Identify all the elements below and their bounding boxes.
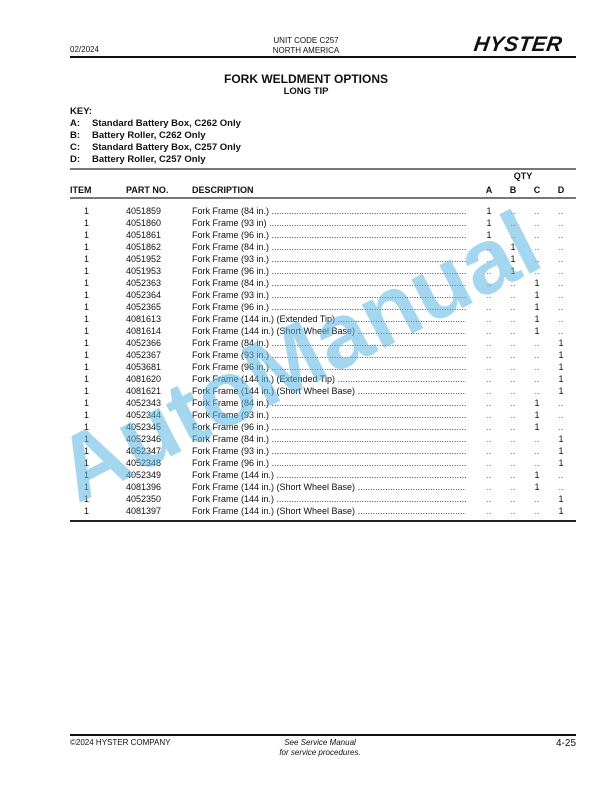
part-number-cell: 4052345 [126, 421, 161, 433]
description-cell: Fork Frame (93 in.) [192, 289, 466, 301]
part-number-cell: 4081396 [126, 481, 161, 493]
page-number: 4-25 [540, 738, 576, 749]
table-row: 14081397Fork Frame (144 in.) (Short Whee… [70, 505, 576, 517]
footer-note-line1: See Service Manual [240, 738, 400, 748]
item-cell: 1 [84, 289, 89, 301]
qty-a-cell: .. [482, 445, 496, 457]
qty-b-cell: .. [506, 217, 520, 229]
description-cell: Fork Frame (93 in.) [192, 409, 466, 421]
qty-b-cell: .. [506, 313, 520, 325]
qty-b-cell: .. [506, 385, 520, 397]
item-cell: 1 [84, 313, 89, 325]
qty-d-cell: .. [554, 421, 568, 433]
part-number-cell: 4051859 [126, 205, 161, 217]
header-date: 02/2024 [70, 45, 99, 54]
col-b: B [506, 185, 520, 195]
description-cell: Fork Frame (93 in.) [192, 445, 466, 457]
table-row: 14052344Fork Frame (93 in.)....1.. [70, 409, 576, 421]
key-item: A:Standard Battery Box, C262 Only [70, 118, 241, 130]
key-legend: KEY: A:Standard Battery Box, C262 OnlyB:… [70, 106, 241, 166]
table-row: 14052365Fork Frame (96 in.)....1.. [70, 301, 576, 313]
item-cell: 1 [84, 397, 89, 409]
item-cell: 1 [84, 241, 89, 253]
item-cell: 1 [84, 277, 89, 289]
item-cell: 1 [84, 205, 89, 217]
table-row: 14081621Fork Frame (144 in.) (Short Whee… [70, 385, 576, 397]
key-code: A: [70, 118, 92, 130]
part-number-cell: 4052367 [126, 349, 161, 361]
part-number-cell: 4052366 [126, 337, 161, 349]
description-cell: Fork Frame (144 in.) (Short Wheel Base) [192, 505, 466, 517]
item-cell: 1 [84, 217, 89, 229]
qty-d-cell: 1 [554, 457, 568, 469]
qty-b-cell: .. [506, 505, 520, 517]
part-number-cell: 4052348 [126, 457, 161, 469]
qty-b-cell: .. [506, 469, 520, 481]
part-number-cell: 4053681 [126, 361, 161, 373]
qty-c-cell: 1 [530, 481, 544, 493]
part-number-cell: 4052349 [126, 469, 161, 481]
qty-c-cell: .. [530, 433, 544, 445]
item-cell: 1 [84, 409, 89, 421]
table-row: 14081614Fork Frame (144 in.) (Short Whee… [70, 325, 576, 337]
item-cell: 1 [84, 361, 89, 373]
footer-note: See Service Manual for service procedure… [240, 738, 400, 758]
qty-a-cell: .. [482, 457, 496, 469]
item-cell: 1 [84, 253, 89, 265]
item-cell: 1 [84, 325, 89, 337]
part-number-cell: 4081613 [126, 313, 161, 325]
table-row: 14081613Fork Frame (144 in.) (Extended T… [70, 313, 576, 325]
qty-a-cell: .. [482, 301, 496, 313]
table-row: 14053681Fork Frame (96 in.)......1 [70, 361, 576, 373]
qty-c-cell: 1 [530, 325, 544, 337]
description-cell: Fork Frame (84 in.) [192, 241, 466, 253]
qty-c-cell: 1 [530, 289, 544, 301]
table-row: 14052345Fork Frame (96 in.)....1.. [70, 421, 576, 433]
qty-b-cell: .. [506, 325, 520, 337]
qty-c-cell: .. [530, 385, 544, 397]
qty-c-cell: .. [530, 349, 544, 361]
qty-d-cell: .. [554, 301, 568, 313]
qty-d-cell: 1 [554, 433, 568, 445]
unit-code: UNIT CODE C257 [200, 36, 412, 46]
item-cell: 1 [84, 265, 89, 277]
qty-a-cell: .. [482, 493, 496, 505]
description-cell: Fork Frame (96 in.) [192, 265, 466, 277]
table-row: 14051861Fork Frame (96 in.)1...... [70, 229, 576, 241]
qty-c-cell: .. [530, 217, 544, 229]
part-number-cell: 4051952 [126, 253, 161, 265]
qty-c-cell: 1 [530, 313, 544, 325]
qty-a-cell: .. [482, 397, 496, 409]
description-cell: Fork Frame (84 in.) [192, 277, 466, 289]
header-row-rule [70, 197, 576, 199]
qty-d-cell: .. [554, 217, 568, 229]
table-row: 14051952Fork Frame (93 in.)..1.... [70, 253, 576, 265]
qty-a-cell: .. [482, 349, 496, 361]
qty-d-cell: 1 [554, 385, 568, 397]
qty-d-cell: .. [554, 253, 568, 265]
qty-d-cell: .. [554, 277, 568, 289]
qty-d-cell: .. [554, 313, 568, 325]
item-cell: 1 [84, 421, 89, 433]
key-text: Standard Battery Box, C262 Only [92, 118, 241, 129]
item-cell: 1 [84, 373, 89, 385]
qty-a-cell: .. [482, 289, 496, 301]
table-row: 14052366Fork Frame (84 in.)......1 [70, 337, 576, 349]
table-row: 14052350Fork Frame (144 in.)......1 [70, 493, 576, 505]
item-cell: 1 [84, 457, 89, 469]
col-c: C [530, 185, 544, 195]
qty-d-cell: .. [554, 325, 568, 337]
qty-b-cell: 1 [506, 241, 520, 253]
description-cell: Fork Frame (93 in.) [192, 253, 466, 265]
page-subtitle: LONG TIP [0, 86, 612, 97]
col-part: PART NO. [126, 185, 168, 195]
description-cell: Fork Frame (144 in.) (Short Wheel Base) [192, 325, 466, 337]
qty-b-cell: .. [506, 337, 520, 349]
part-number-cell: 4081621 [126, 385, 161, 397]
qty-a-cell: .. [482, 409, 496, 421]
description-cell: Fork Frame (144 in.) (Extended Tip) [192, 373, 466, 385]
key-item: B:Battery Roller, C262 Only [70, 130, 241, 142]
key-text: Battery Roller, C257 Only [92, 154, 206, 165]
qty-c-cell: .. [530, 493, 544, 505]
table-row: 14052346Fork Frame (84 in.)......1 [70, 433, 576, 445]
part-number-cell: 4051953 [126, 265, 161, 277]
qty-c-cell: 1 [530, 277, 544, 289]
qty-d-cell: 1 [554, 373, 568, 385]
qty-a-cell: .. [482, 361, 496, 373]
key-label: KEY: [70, 106, 241, 118]
qty-c-cell: 1 [530, 301, 544, 313]
key-item: D:Battery Roller, C257 Only [70, 154, 241, 166]
table-row: 14051860Fork Frame (93 in)1...... [70, 217, 576, 229]
part-number-cell: 4052350 [126, 493, 161, 505]
qty-b-cell: 1 [506, 253, 520, 265]
table-row: 14051862Fork Frame (84 in.)..1.... [70, 241, 576, 253]
key-text: Battery Roller, C262 Only [92, 130, 206, 141]
qty-c-cell: 1 [530, 397, 544, 409]
qty-d-cell: 1 [554, 505, 568, 517]
qty-b-cell: .. [506, 373, 520, 385]
col-d: D [554, 185, 568, 195]
item-cell: 1 [84, 385, 89, 397]
qty-c-cell: .. [530, 337, 544, 349]
qty-c-cell: 1 [530, 409, 544, 421]
qty-a-cell: .. [482, 265, 496, 277]
qty-d-cell: .. [554, 409, 568, 421]
qty-d-cell: 1 [554, 361, 568, 373]
item-cell: 1 [84, 301, 89, 313]
qty-a-cell: .. [482, 325, 496, 337]
qty-b-cell: .. [506, 409, 520, 421]
qty-a-cell: 1 [482, 217, 496, 229]
qty-a-cell: .. [482, 373, 496, 385]
table-row: 14052367Fork Frame (93 in.)......1 [70, 349, 576, 361]
key-text: Standard Battery Box, C257 Only [92, 142, 241, 153]
item-cell: 1 [84, 469, 89, 481]
copyright: ©2024 HYSTER COMPANY [70, 738, 170, 747]
header-unit-info: UNIT CODE C257 NORTH AMERICA [200, 36, 412, 56]
page-title: FORK WELDMENT OPTIONS [0, 72, 612, 86]
part-number-cell: 4051860 [126, 217, 161, 229]
qty-d-cell: .. [554, 265, 568, 277]
table-bottom-rule [70, 520, 576, 522]
description-cell: Fork Frame (84 in.) [192, 205, 466, 217]
qty-a-cell: 1 [482, 205, 496, 217]
part-number-cell: 4052346 [126, 433, 161, 445]
qty-b-cell: .. [506, 397, 520, 409]
description-cell: Fork Frame (84 in.) [192, 337, 466, 349]
description-cell: Fork Frame (144 in.) (Short Wheel Base) [192, 481, 466, 493]
part-number-cell: 4081397 [126, 505, 161, 517]
qty-c-cell: .. [530, 445, 544, 457]
qty-d-cell: 1 [554, 337, 568, 349]
hyster-logo: HYSTER [472, 33, 564, 57]
qty-c-cell: 1 [530, 421, 544, 433]
part-number-cell: 4052363 [126, 277, 161, 289]
col-item: ITEM [70, 185, 92, 195]
part-number-cell: 4052343 [126, 397, 161, 409]
qty-d-cell: .. [554, 481, 568, 493]
description-cell: Fork Frame (93 in.) [192, 349, 466, 361]
qty-a-cell: .. [482, 505, 496, 517]
qty-b-cell: .. [506, 301, 520, 313]
description-cell: Fork Frame (144 in.) [192, 469, 466, 481]
part-number-cell: 4052347 [126, 445, 161, 457]
qty-b-cell: .. [506, 457, 520, 469]
qty-d-cell: 1 [554, 493, 568, 505]
table-row: 14052364Fork Frame (93 in.)....1.. [70, 289, 576, 301]
key-code: B: [70, 130, 92, 142]
qty-d-cell: .. [554, 397, 568, 409]
qty-c-cell: .. [530, 505, 544, 517]
qty-a-cell: .. [482, 433, 496, 445]
qty-b-cell: .. [506, 289, 520, 301]
description-cell: Fork Frame (96 in.) [192, 361, 466, 373]
qty-d-cell: .. [554, 469, 568, 481]
table-row: 14052347Fork Frame (93 in.)......1 [70, 445, 576, 457]
col-a: A [482, 185, 496, 195]
qty-a-cell: .. [482, 277, 496, 289]
table-row: 14051859Fork Frame (84 in.)1...... [70, 205, 576, 217]
qty-c-cell: .. [530, 457, 544, 469]
qty-a-cell: .. [482, 241, 496, 253]
table-row: 14081620Fork Frame (144 in.) (Extended T… [70, 373, 576, 385]
item-cell: 1 [84, 505, 89, 517]
item-cell: 1 [84, 481, 89, 493]
item-cell: 1 [84, 337, 89, 349]
qty-b-cell: .. [506, 277, 520, 289]
item-cell: 1 [84, 229, 89, 241]
qty-d-cell: .. [554, 205, 568, 217]
qty-d-cell: 1 [554, 445, 568, 457]
description-cell: Fork Frame (96 in.) [192, 421, 466, 433]
qty-a-cell: .. [482, 421, 496, 433]
qty-a-cell: .. [482, 337, 496, 349]
qty-a-cell: 1 [482, 229, 496, 241]
table-row: 14052363Fork Frame (84 in.)....1.. [70, 277, 576, 289]
qty-b-cell: .. [506, 433, 520, 445]
qty-c-cell: 1 [530, 469, 544, 481]
part-number-cell: 4081614 [126, 325, 161, 337]
description-cell: Fork Frame (144 in.) [192, 493, 466, 505]
qty-d-cell: 1 [554, 349, 568, 361]
table-row: 14052348Fork Frame (96 in.)......1 [70, 457, 576, 469]
description-cell: Fork Frame (144 in.) (Extended Tip) [192, 313, 466, 325]
description-cell: Fork Frame (144 in.) (Short Wheel Base) [192, 385, 466, 397]
footer-rule [70, 734, 576, 736]
qty-b-cell: .. [506, 445, 520, 457]
qty-a-cell: .. [482, 481, 496, 493]
qty-b-cell: .. [506, 421, 520, 433]
table-row: 14052349Fork Frame (144 in.)....1.. [70, 469, 576, 481]
qty-a-cell: .. [482, 469, 496, 481]
qty-d-cell: .. [554, 289, 568, 301]
qty-c-cell: .. [530, 373, 544, 385]
qty-b-cell: .. [506, 205, 520, 217]
key-code: C: [70, 142, 92, 154]
item-cell: 1 [84, 493, 89, 505]
item-cell: 1 [84, 445, 89, 457]
description-cell: Fork Frame (96 in.) [192, 457, 466, 469]
qty-c-cell: .. [530, 241, 544, 253]
key-item: C:Standard Battery Box, C257 Only [70, 142, 241, 154]
qty-c-cell: .. [530, 229, 544, 241]
part-number-cell: 4052365 [126, 301, 161, 313]
region: NORTH AMERICA [200, 46, 412, 56]
qty-c-cell: .. [530, 253, 544, 265]
description-cell: Fork Frame (96 in.) [192, 229, 466, 241]
part-number-cell: 4052344 [126, 409, 161, 421]
qty-a-cell: .. [482, 313, 496, 325]
qty-a-cell: .. [482, 385, 496, 397]
qty-b-cell: .. [506, 349, 520, 361]
parts-table: 14051859Fork Frame (84 in.)1......140518… [70, 205, 576, 517]
col-description: DESCRIPTION [192, 185, 254, 195]
qty-d-cell: .. [554, 229, 568, 241]
item-cell: 1 [84, 433, 89, 445]
qty-d-cell: .. [554, 241, 568, 253]
qty-b-cell: .. [506, 361, 520, 373]
qty-c-cell: .. [530, 205, 544, 217]
qty-b-cell: 1 [506, 265, 520, 277]
key-code: D: [70, 154, 92, 166]
key-rule [70, 168, 576, 170]
description-cell: Fork Frame (93 in) [192, 217, 466, 229]
header-rule [70, 56, 576, 58]
part-number-cell: 4051862 [126, 241, 161, 253]
qty-c-cell: .. [530, 265, 544, 277]
qty-b-cell: .. [506, 493, 520, 505]
item-cell: 1 [84, 349, 89, 361]
qty-a-cell: .. [482, 253, 496, 265]
qty-b-cell: .. [506, 481, 520, 493]
table-row: 14051953Fork Frame (96 in.)..1.... [70, 265, 576, 277]
part-number-cell: 4051861 [126, 229, 161, 241]
description-cell: Fork Frame (84 in.) [192, 433, 466, 445]
table-row: 14081396Fork Frame (144 in.) (Short Whee… [70, 481, 576, 493]
qty-c-cell: .. [530, 361, 544, 373]
qty-header: QTY [508, 171, 538, 181]
part-number-cell: 4052364 [126, 289, 161, 301]
qty-b-cell: .. [506, 229, 520, 241]
footer-note-line2: for service procedures. [240, 748, 400, 758]
part-number-cell: 4081620 [126, 373, 161, 385]
description-cell: Fork Frame (96 in.) [192, 301, 466, 313]
description-cell: Fork Frame (84 in.) [192, 397, 466, 409]
table-row: 14052343Fork Frame (84 in.)....1.. [70, 397, 576, 409]
